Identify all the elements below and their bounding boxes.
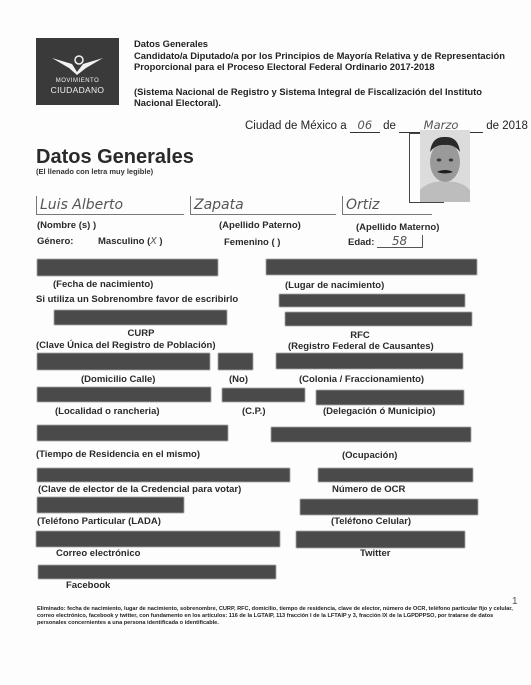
person-photo-icon	[420, 130, 470, 202]
edad-label: Edad:	[348, 237, 374, 248]
twitter-label: Twitter	[360, 548, 390, 559]
nombre-field[interactable]: Luis Alberto	[36, 196, 184, 215]
telefono-particular-label: (Teléfono Particular (LADA)	[37, 516, 161, 527]
ocr-redacted	[318, 468, 473, 482]
section-subtitle: (El llenado con letra muy legible)	[36, 167, 153, 176]
apellido-materno-field[interactable]: Ortiz	[342, 196, 432, 215]
header-title: Datos Generales	[134, 38, 510, 49]
ocupacion-redacted	[271, 427, 471, 442]
rfc-description: (Registro Federal de Causantes)	[288, 341, 434, 352]
date-year: de 2018	[486, 120, 528, 132]
fecha-nacimiento-label: (Fecha de nacimiento)	[53, 279, 153, 290]
numero-redacted	[218, 353, 253, 370]
clave-elector-label: (Clave de elector de la Credencial para …	[38, 484, 241, 495]
cp-label: (C.P.)	[242, 406, 266, 417]
date-prefix: Ciudad de México a	[245, 120, 347, 132]
masculino-option[interactable]: Masculino (X )	[98, 236, 163, 247]
tiempo-residencia-label: (Tiempo de Residencia en el mismo)	[36, 449, 200, 460]
lugar-nacimiento-redacted	[266, 259, 477, 275]
colonia-label: (Colonia / Fraccionamiento)	[299, 374, 424, 385]
domicilio-redacted	[37, 353, 210, 370]
curp-title: CURP	[36, 328, 246, 339]
edad-value[interactable]: 58	[377, 235, 423, 248]
localidad-redacted	[37, 387, 211, 402]
apellido-paterno-field[interactable]: Zapata	[190, 196, 336, 215]
telefono-celular-redacted	[300, 499, 478, 515]
movimiento-ciudadano-logo: MOVIMIENTO CIUDADANO	[36, 38, 119, 105]
date-day: 06	[350, 118, 380, 133]
rfc-redacted	[285, 312, 472, 326]
domicilio-label: (Domicilio Calle)	[81, 374, 155, 385]
sobrenombre-label: Si utiliza un Sobrenombre favor de escri…	[36, 294, 238, 305]
header-description: Candidato/a Diputado/a por los Principio…	[134, 50, 510, 72]
apellido-paterno-label: (Apellido Paterno)	[219, 220, 301, 231]
date-de: de	[383, 120, 396, 132]
sobrenombre-redacted	[279, 294, 465, 307]
curp-description: (Clave Única del Registro de Población)	[36, 340, 215, 351]
telefono-celular-label: (Teléfono Celular)	[331, 516, 411, 527]
logo-line1: MOVIMIENTO	[36, 78, 119, 84]
delegacion-redacted	[316, 390, 464, 405]
tiempo-residencia-redacted	[37, 425, 228, 441]
apellido-materno-label: (Apellido Materno)	[356, 222, 439, 233]
twitter-redacted	[296, 531, 465, 548]
masculino-label: Masculino	[98, 236, 144, 247]
colonia-redacted	[276, 353, 463, 369]
rfc-title: RFC	[285, 330, 435, 341]
fecha-nacimiento-redacted	[37, 259, 218, 276]
delegacion-label: (Delegación ó Municipio)	[323, 406, 435, 417]
redaction-footnote: Eliminado: fecha de nacimiento, lugar de…	[37, 606, 523, 627]
edad-field: Edad: 58	[348, 235, 423, 248]
ocupacion-label: (Ocupación)	[342, 450, 397, 461]
numero-label: (No)	[229, 374, 248, 385]
ocr-label: Número de OCR	[332, 484, 405, 495]
lugar-nacimiento-label: (Lugar de nacimiento)	[285, 280, 384, 291]
localidad-label: (Localidad o rancheria)	[55, 406, 160, 417]
facebook-label: Facebook	[66, 580, 110, 591]
header-system-note: (Sistema Nacional de Registro y Sistema …	[134, 86, 510, 108]
logo-line2: CIUDADANO	[36, 85, 119, 95]
curp-redacted	[54, 310, 227, 325]
section-title: Datos Generales	[36, 146, 194, 169]
telefono-particular-redacted	[37, 497, 184, 513]
facebook-redacted	[38, 565, 276, 579]
clave-elector-redacted	[37, 468, 290, 482]
nombre-label: (Nombre (s) )	[37, 220, 96, 231]
genero-label: Género:	[37, 236, 73, 247]
correo-label: Correo electrónico	[56, 548, 140, 559]
eagle-icon	[50, 52, 105, 76]
candidate-photo	[420, 130, 470, 202]
masculino-checkmark: X	[150, 236, 157, 247]
date-line: Ciudad de México a 06 de Marzo de 2018	[245, 118, 528, 133]
cp-redacted	[222, 388, 305, 402]
femenino-option[interactable]: Femenino ( )	[224, 237, 280, 248]
correo-redacted	[36, 531, 280, 547]
